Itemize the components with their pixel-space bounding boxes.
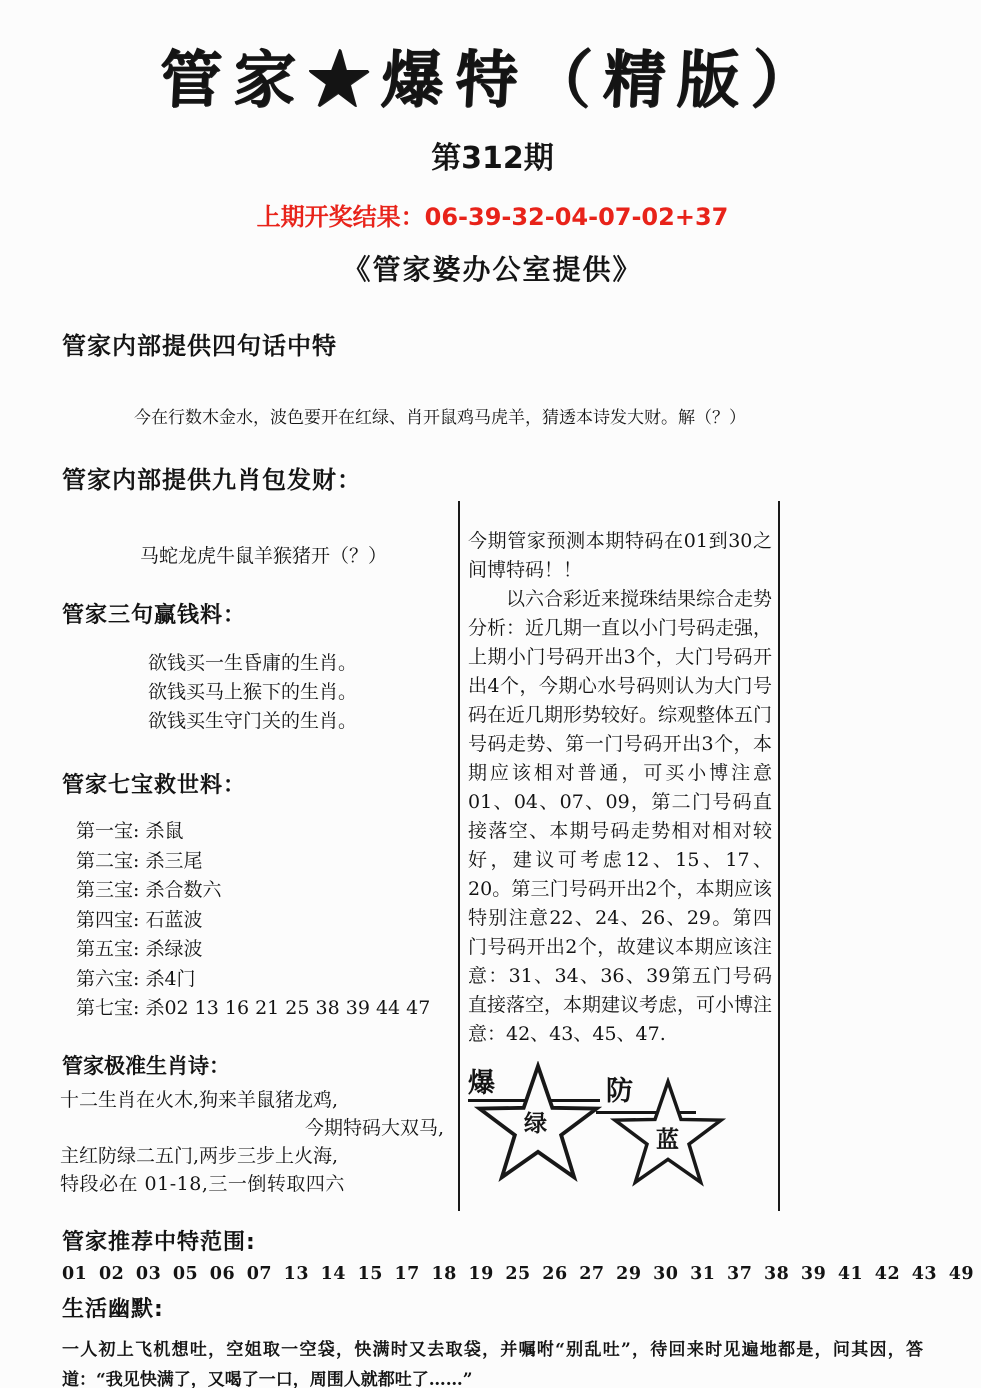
two-column-area: 马蛇龙虎牛鼠羊猴猪开（？） 管家三句赢钱料： 欲钱买一生昏庸的生肖。 欲钱买马上… [62, 501, 923, 1211]
four-sentences-body: 今在行数木金水，波色要开在红绿、肖开鼠鸡马虎羊，猜透本诗发大财。解（？） [134, 403, 923, 428]
three-sentences-list: 欲钱买一生昏庸的生肖。 欲钱买马上猴下的生肖。 欲钱买生守门关的生肖。 [148, 649, 458, 736]
treasure-line: 第一宝: 杀鼠 [76, 817, 458, 847]
nine-zodiac-body: 马蛇龙虎牛鼠羊猴猪开（？） [140, 541, 458, 568]
poem-line: 主红防绿二五门,两步三步上火海, [60, 1142, 458, 1170]
treasure-line: 第三宝: 杀合数六 [76, 876, 458, 906]
poem-line: 特段必在 01-18,三一倒转取四六 [60, 1170, 458, 1198]
bottom-area: 管家推荐中特范围: 01 02 03 05 06 07 13 14 15 17 … [62, 1225, 923, 1388]
prediction-text: 今期管家预测本期特码在01到30之间博特码！！ 以六合彩近来搅珠结果综合走势分析… [468, 527, 772, 1049]
blue-star-label: 蓝 [656, 1121, 679, 1154]
seven-treasures-heading: 管家七宝救世料： [62, 768, 458, 799]
section-four-sentences: 管家内部提供四句话中特 今在行数木金水，波色要开在红绿、肖开鼠鸡马虎羊，猜透本诗… [62, 326, 923, 428]
seven-treasures-list: 第一宝: 杀鼠 第二宝: 杀三尾 第三宝: 杀合数六 第四宝: 石蓝波 第五宝:… [76, 817, 458, 1024]
three-sentences-line: 欲钱买马上猴下的生肖。 [148, 678, 458, 707]
treasure-line: 第六宝: 杀4门 [76, 965, 458, 995]
page-title: 管家★爆特（精版） [60, 30, 926, 119]
zodiac-poem-heading: 管家极准生肖诗： [62, 1050, 458, 1080]
three-sentences-line: 欲钱买生守门关的生肖。 [148, 707, 458, 736]
provider-line: 《管家婆办公室提供》 [62, 248, 923, 288]
issue-number: 第312期 [62, 133, 923, 177]
four-sentences-heading: 管家内部提供四句话中特 [62, 326, 923, 361]
treasure-line: 第二宝: 杀三尾 [76, 847, 458, 877]
green-star-label: 绿 [524, 1105, 547, 1138]
humor-heading: 生活幽默: [62, 1292, 923, 1323]
prediction-analysis: 以六合彩近来搅珠结果综合走势分析：近几期一直以小门号码走强，上期小门号码开出3个… [468, 585, 772, 1049]
zodiac-poem: 十二生肖在火木,狗来羊鼠猪龙鸡, 今期特码大双马, 主红防绿二五门,两步三步上火… [62, 1086, 458, 1198]
humor-body: 一人初上飞机想吐，空姐取一空袋，快满时又去取袋，并嘱咐“别乱吐”，待回来时见遍地… [62, 1335, 923, 1388]
treasure-line: 第五宝: 杀绿波 [76, 935, 458, 965]
left-column: 马蛇龙虎牛鼠羊猴猪开（？） 管家三句赢钱料： 欲钱买一生昏庸的生肖。 欲钱买马上… [62, 501, 458, 1198]
star-tips-block: 爆 绿 防 蓝 [468, 1057, 772, 1207]
poem-line: 十二生肖在火木,狗来羊鼠猪龙鸡, [60, 1086, 458, 1114]
treasure-line: 第七宝: 杀02 13 16 21 25 38 39 44 47 [76, 994, 458, 1024]
nine-zodiac-heading: 管家内部提供九肖包发财： [62, 460, 923, 495]
recommend-range-numbers: 01 02 03 05 06 07 13 14 15 17 18 19 25 2… [62, 1264, 923, 1284]
prediction-column: 今期管家预测本期特码在01到30之间博特码！！ 以六合彩近来搅珠结果综合走势分析… [458, 501, 780, 1211]
poem-line: 今期特码大双马, [62, 1114, 458, 1142]
three-sentences-line: 欲钱买一生昏庸的生肖。 [148, 649, 458, 678]
lottery-tip-sheet: 管家★爆特（精版） 第312期 上期开奖结果：06-39-32-04-07-02… [0, 0, 981, 1388]
prediction-intro: 今期管家预测本期特码在01到30之间博特码！！ [468, 527, 772, 585]
treasure-line: 第四宝: 石蓝波 [76, 906, 458, 936]
recommend-range-heading: 管家推荐中特范围: [62, 1225, 923, 1256]
last-draw-result: 上期开奖结果：06-39-32-04-07-02+37 [62, 197, 923, 232]
three-sentences-heading: 管家三句赢钱料： [62, 598, 458, 629]
